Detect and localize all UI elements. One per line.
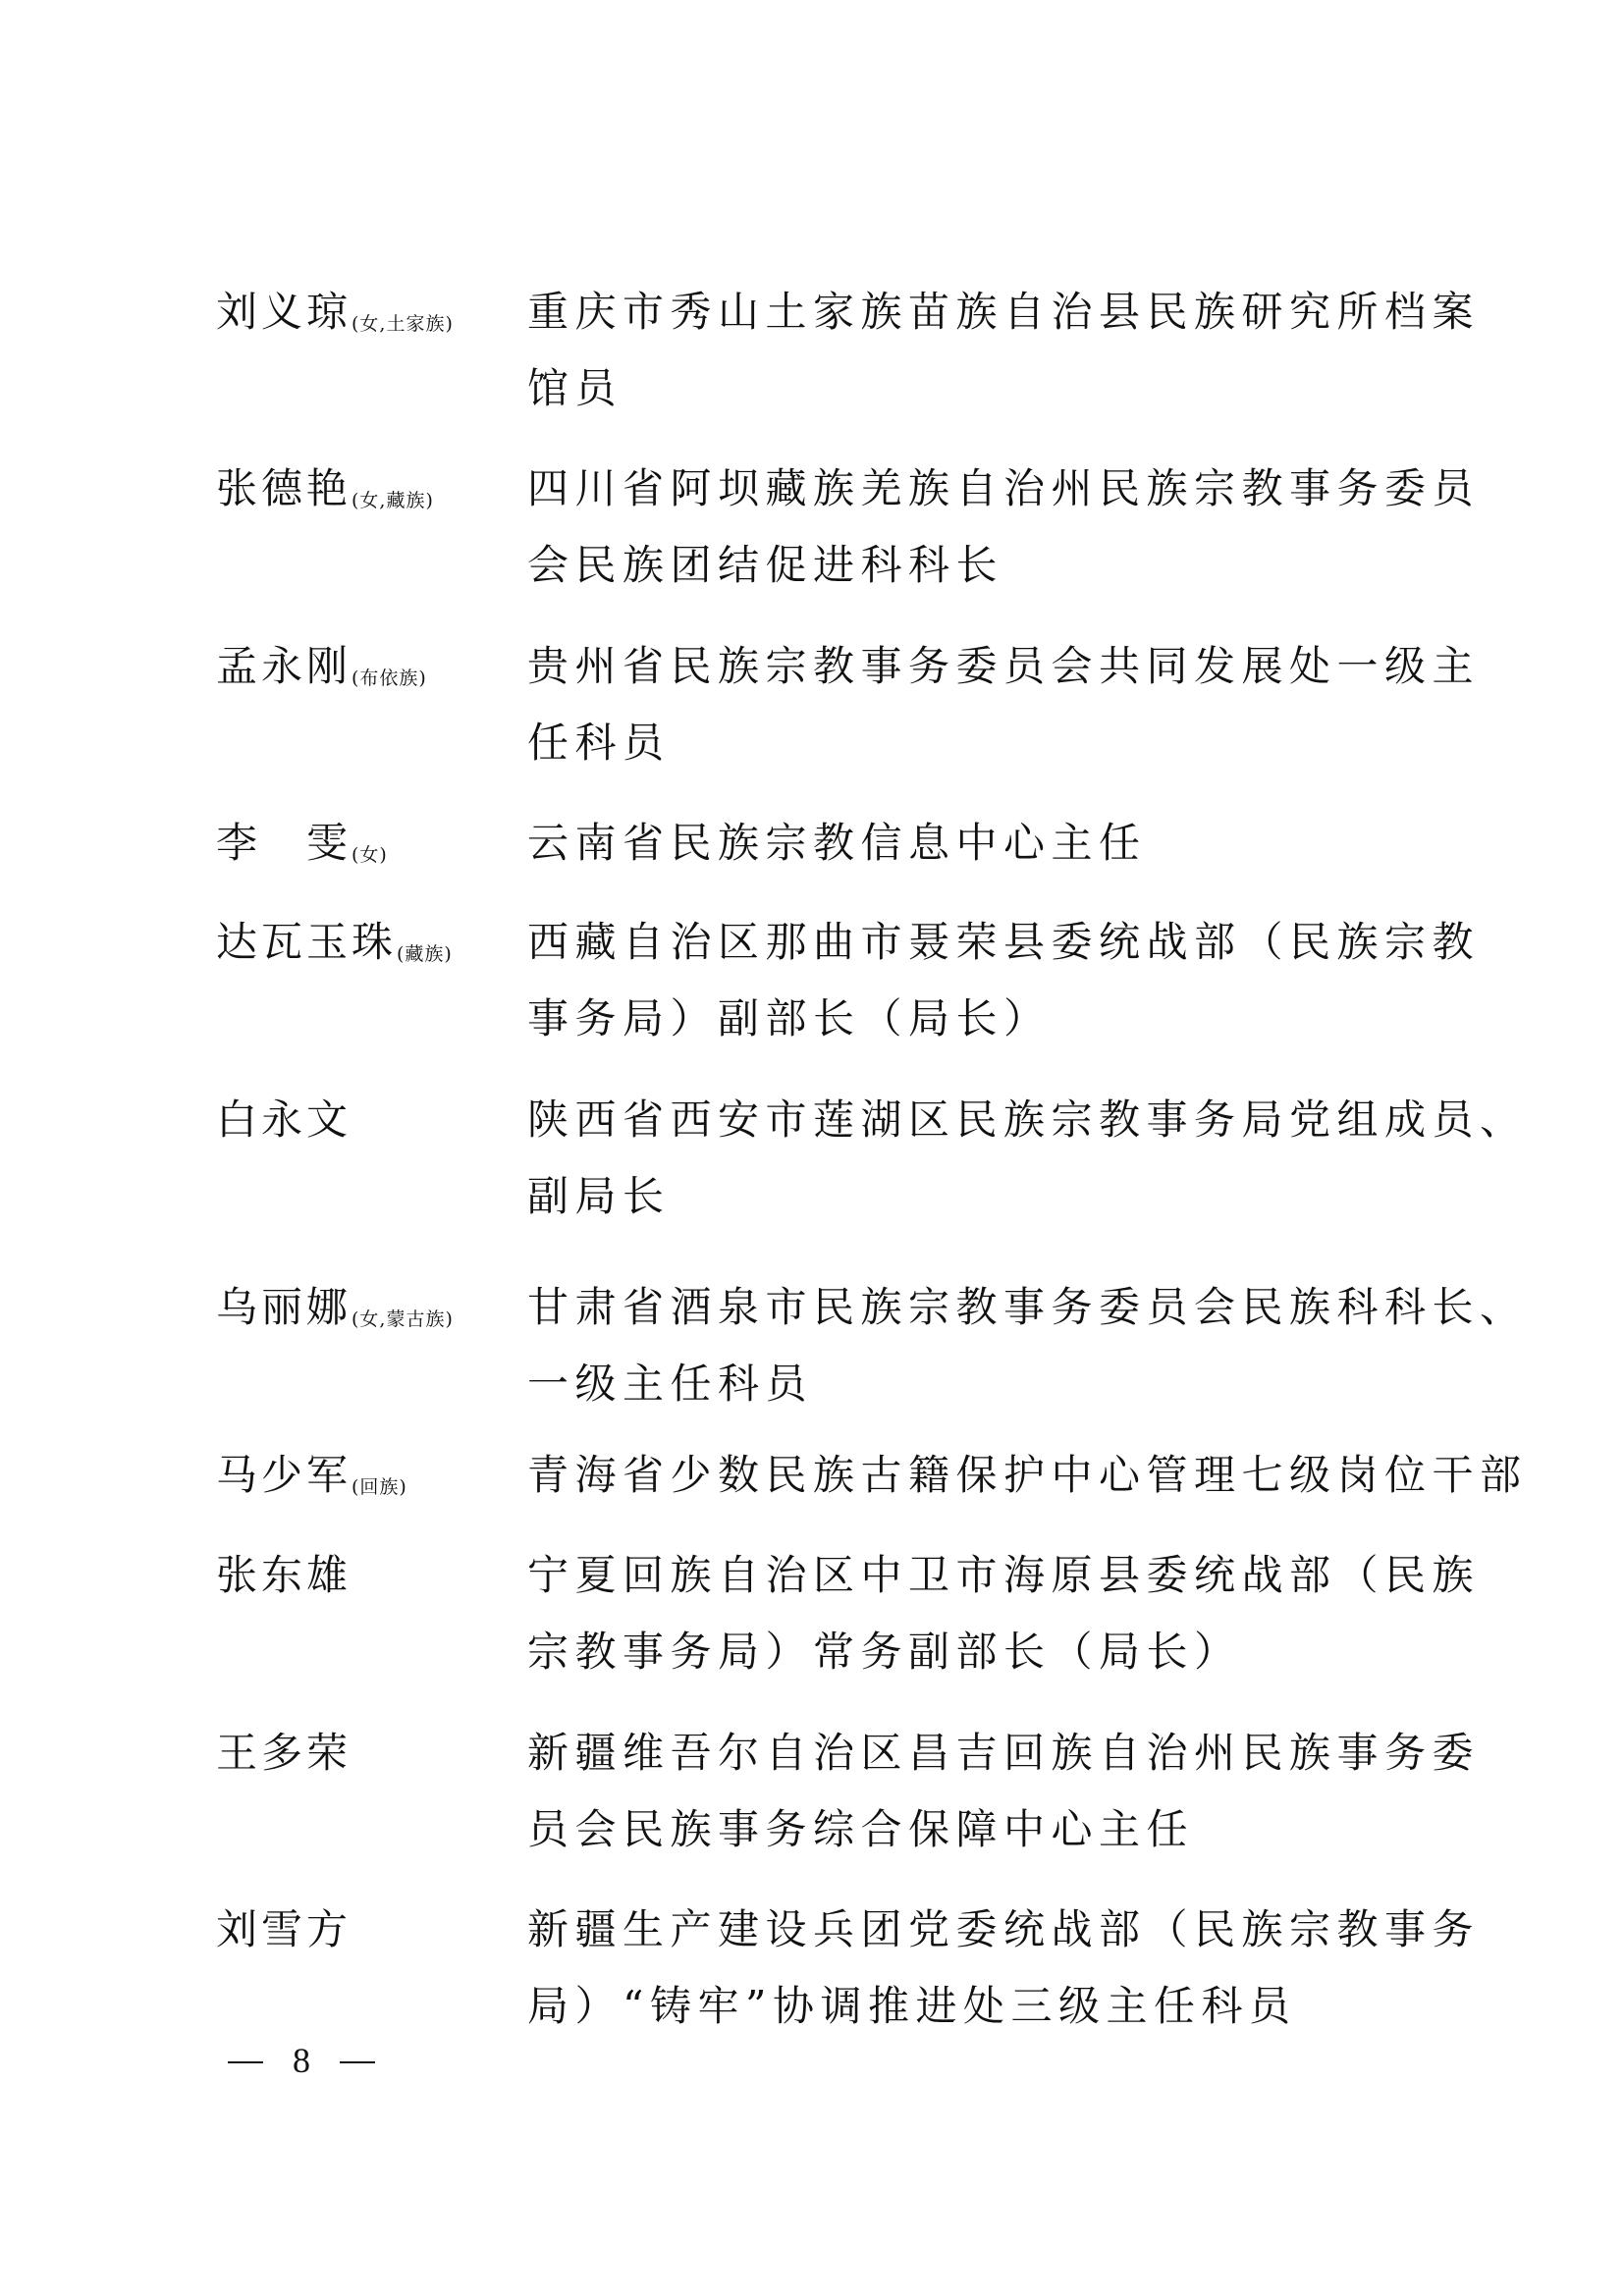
person-name: 李 雯(女) <box>216 816 388 882</box>
person-position: 新疆维吾尔自治区昌吉回族自治州民族事务委 员会民族事务综合保障中心主任 <box>527 1715 1470 1868</box>
position-line: 西藏自治区那曲市聂荣县委统战部（民族宗教 <box>527 904 1470 981</box>
person-position: 贵州省民族宗教事务委员会共同发展处一级主 任科员 <box>527 628 1470 781</box>
position-line: 青海省少数民族古籍保护中心管理七级岗位干部 <box>527 1437 1470 1514</box>
name-text: 马少军 <box>216 1451 352 1499</box>
person-name: 张德艳(女,藏族) <box>216 461 434 528</box>
person-note: (藏族) <box>397 943 453 965</box>
position-line: 馆员 <box>527 350 1470 427</box>
dash-decoration <box>340 2061 375 2063</box>
page-number: 8 <box>293 2040 310 2081</box>
position-line: 宗教事务局）常务副部长（局长） <box>527 1614 1470 1690</box>
position-line: 员会民族事务综合保障中心主任 <box>527 1791 1470 1868</box>
person-name: 王多荣 <box>216 1726 352 1792</box>
position-line: 任科员 <box>527 705 1470 781</box>
person-name: 刘雪方 <box>216 1902 352 1969</box>
person-note: (女,土家族) <box>352 313 454 335</box>
name-text: 张德艳 <box>216 464 352 512</box>
page-footer: 8 <box>228 2040 375 2081</box>
person-position: 四川省阿坝藏族羌族自治州民族宗教事务委员 会民族团结促进科科长 <box>527 451 1470 604</box>
person-note: (女) <box>352 844 388 866</box>
person-note: (女,蒙古族) <box>352 1308 454 1330</box>
person-name: 白永文 <box>216 1093 352 1159</box>
position-line: 一级主任科员 <box>527 1346 1470 1422</box>
position-line: 陕西省西安市莲湖区民族宗教事务局党组成员、 <box>527 1082 1470 1158</box>
name-text: 达瓦玉珠 <box>216 918 397 966</box>
name-text: 刘义琼 <box>216 288 352 336</box>
position-line: 四川省阿坝藏族羌族自治州民族宗教事务委员 <box>527 451 1470 527</box>
name-text: 刘雪方 <box>216 1905 352 1953</box>
person-name: 马少军(回族) <box>216 1448 407 1515</box>
position-line: 新疆维吾尔自治区昌吉回族自治州民族事务委 <box>527 1715 1470 1791</box>
person-position: 陕西省西安市莲湖区民族宗教事务局党组成员、 副局长 <box>527 1082 1470 1235</box>
person-name: 刘义琼(女,土家族) <box>216 285 454 351</box>
person-name: 张东雄 <box>216 1548 352 1615</box>
person-position: 宁夏回族自治区中卫市海原县委统战部（民族 宗教事务局）常务副部长（局长） <box>527 1537 1470 1690</box>
position-line: 云南省民族宗教信息中心主任 <box>527 805 1470 881</box>
position-line: 新疆生产建设兵团党委统战部（民族宗教事务 <box>527 1892 1470 1968</box>
name-text: 乌丽娜 <box>216 1283 352 1331</box>
person-note: (回族) <box>352 1476 407 1498</box>
person-name: 达瓦玉珠(藏族) <box>216 915 453 982</box>
person-position: 甘肃省酒泉市民族宗教事务委员会民族科科长、 一级主任科员 <box>527 1269 1470 1422</box>
position-line: 局）“铸牢”协调推进处三级主任科员 <box>527 1968 1470 2045</box>
person-position: 重庆市秀山土家族苗族自治县民族研究所档案 馆员 <box>527 274 1470 427</box>
person-name: 孟永刚(布依族) <box>216 639 427 706</box>
person-note: (布依族) <box>352 667 427 689</box>
position-line: 事务局）副部长（局长） <box>527 981 1470 1057</box>
position-line: 会民族团结促进科科长 <box>527 527 1470 604</box>
person-position: 青海省少数民族古籍保护中心管理七级岗位干部 <box>527 1437 1470 1514</box>
person-name: 乌丽娜(女,蒙古族) <box>216 1280 454 1347</box>
dash-decoration <box>228 2061 263 2063</box>
name-text: 孟永刚 <box>216 642 352 690</box>
name-text: 白永文 <box>216 1095 352 1144</box>
person-position: 云南省民族宗教信息中心主任 <box>527 805 1470 881</box>
position-line: 副局长 <box>527 1158 1470 1235</box>
position-line: 重庆市秀山土家族苗族自治县民族研究所档案 <box>527 274 1470 350</box>
person-position: 西藏自治区那曲市聂荣县委统战部（民族宗教 事务局）副部长（局长） <box>527 904 1470 1057</box>
name-text: 张东雄 <box>216 1551 352 1599</box>
position-line: 宁夏回族自治区中卫市海原县委统战部（民族 <box>527 1537 1470 1614</box>
person-position: 新疆生产建设兵团党委统战部（民族宗教事务 局）“铸牢”协调推进处三级主任科员 <box>527 1892 1470 2045</box>
position-line: 甘肃省酒泉市民族宗教事务委员会民族科科长、 <box>527 1269 1470 1346</box>
person-note: (女,藏族) <box>352 490 434 511</box>
position-line: 贵州省民族宗教事务委员会共同发展处一级主 <box>527 628 1470 705</box>
name-text: 王多荣 <box>216 1729 352 1777</box>
name-text: 李 雯 <box>216 819 352 867</box>
